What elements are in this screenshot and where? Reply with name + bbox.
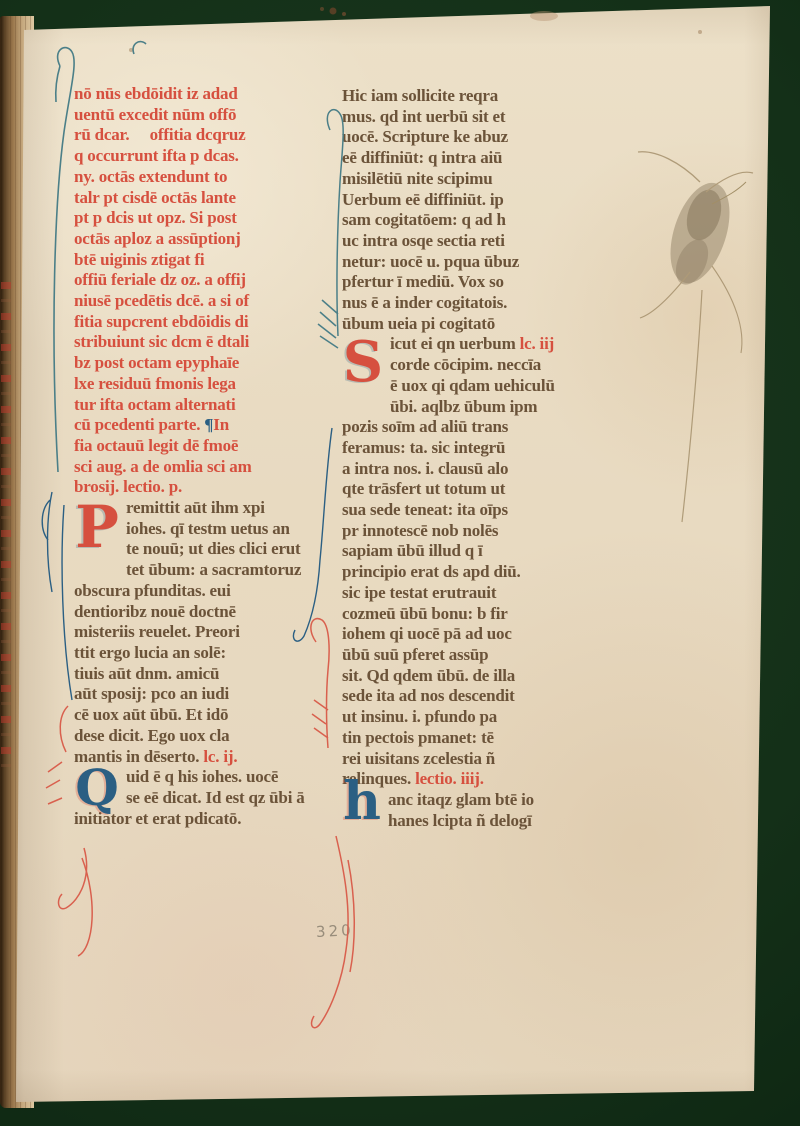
text-line: eē diffiniūt: q intra aiū <box>342 148 608 169</box>
text-line: uocē. Scripture ke abuz <box>342 127 608 148</box>
text-line: btē uiginis ztigat fi <box>74 250 336 271</box>
illuminated-initial-h: h <box>342 782 382 823</box>
text-line: a intra nos. i. clausū alo <box>342 459 608 480</box>
manuscript-photo: { "photo": { "background_color": "#14301… <box>0 0 800 1126</box>
text-line: pozis soīm ad aliū trans <box>342 417 608 438</box>
text-line: sede ita ad nos descendit <box>342 686 608 707</box>
text-line: fia octauū legit dē fmoē <box>74 436 336 457</box>
text-line: talr pt cisdē octās lante <box>74 188 336 209</box>
text-line: principio erat ds apd diū. <box>342 562 608 583</box>
text-line: offiū feriale dz oz. a offij <box>74 270 336 291</box>
text-line: ny. octās extendunt to <box>74 167 336 188</box>
text-line: niusē pcedētis dcē. a si of <box>74 291 336 312</box>
folio-number: 320 <box>316 921 355 941</box>
text-line: tur ifta octam alternati <box>74 395 336 416</box>
text-column-left: nō nūs ebdōidit iz adaduentū excedit nūm… <box>74 84 336 829</box>
fore-edge-text-bleed <box>1 282 11 770</box>
text-line: tiuis aūt dnm. amicū <box>74 664 336 685</box>
text-line: sam cogitatōem: q ad h <box>342 210 608 231</box>
text-line: octās aploz a assūptionj <box>74 229 336 250</box>
text-line: feramus: ta. sic integrū <box>342 438 608 459</box>
text-line: iohem qi uocē pā ad uoc <box>342 624 608 645</box>
text-line: pt p dcis ut opz. Si post <box>74 208 336 229</box>
text-line: sapiam ūbū illud q ī <box>342 541 608 562</box>
text-line: q occurrunt ifta p dcas. <box>74 146 336 167</box>
text-column-right: Hic iam sollicite reqramus. qd int uerbū… <box>342 86 608 831</box>
text-line: ttit ergo lucia an solē: <box>74 643 336 664</box>
text-line: rei uisitans zcelestia ñ <box>342 749 608 770</box>
photo-frame: nō nūs ebdōidit iz adaduentū excedit nūm… <box>0 0 800 1126</box>
text-line: dentioribz nouē doctnē <box>74 602 336 623</box>
text-line: pr innotescē nob nolēs <box>342 521 608 542</box>
text-line: aūt sposij: pco an iudi <box>74 684 336 705</box>
text-line: fitia supcrent ebdōidis di <box>74 312 336 333</box>
text-line: tet ūbum: a sacramtoruz <box>74 560 336 581</box>
illuminated-initial-P: P <box>74 500 120 562</box>
text-line: nus ē a inder cogitatois. <box>342 293 608 314</box>
text-line: bz post octam epyphaīe <box>74 353 336 374</box>
text-line: Uerbum eē diffiniūt. ip <box>342 190 608 211</box>
text-line: misilētiū nite scipimu <box>342 169 608 190</box>
text-line: ūbū suū pferet assūp <box>342 645 608 666</box>
text-line: misteriis reuelet. Preori <box>74 622 336 643</box>
text-line: qte trāsfert ut totum ut <box>342 479 608 500</box>
text-line: nō nūs ebdōidit iz adad <box>74 84 336 105</box>
illuminated-initial-S: S <box>342 336 384 398</box>
text-line: stribuiunt sic dcm ē dtali <box>74 332 336 353</box>
text-line: cē uox aūt ūbū. Et idō <box>74 705 336 726</box>
text-line: uentū excedit nūm offō <box>74 105 336 126</box>
text-line: tin pectois pmanet: tē <box>342 728 608 749</box>
text-line: sua sede teneat: ita oīps <box>342 500 608 521</box>
text-line: rū dcar. offitia dcqruz <box>74 125 336 146</box>
text-line: Hic iam sollicite reqra <box>342 86 608 107</box>
text-line: cū pcedenti parte. ¶In <box>74 415 336 436</box>
text-line: obscura pfunditas. eui <box>74 581 336 602</box>
text-line: pfertur ī mediū. Vox so <box>342 272 608 293</box>
text-line: uc intra osqe sectia reti <box>342 231 608 252</box>
illuminated-initial-Q: Q <box>74 765 120 806</box>
text-line: dese dicit. Ego uox cla <box>74 726 336 747</box>
text-line: sci aug. a de omlia sci am <box>74 457 336 478</box>
text-line: sit. Qd qdem ūbū. de illa <box>342 666 608 687</box>
text-line: sic ipe testat erutrauit <box>342 583 608 604</box>
text-line: ut insinu. i. pfundo pa <box>342 707 608 728</box>
text-line: netur: uocē u. pqua ūbuz <box>342 252 608 273</box>
text-line: ūbi. aqlbz ūbum ipm <box>342 397 608 418</box>
text-line: lxe residuū fmonis lega <box>74 374 336 395</box>
text-line: mus. qd int uerbū sit et <box>342 107 608 128</box>
text-line: cozmeū ūbū bonu: b fir <box>342 604 608 625</box>
